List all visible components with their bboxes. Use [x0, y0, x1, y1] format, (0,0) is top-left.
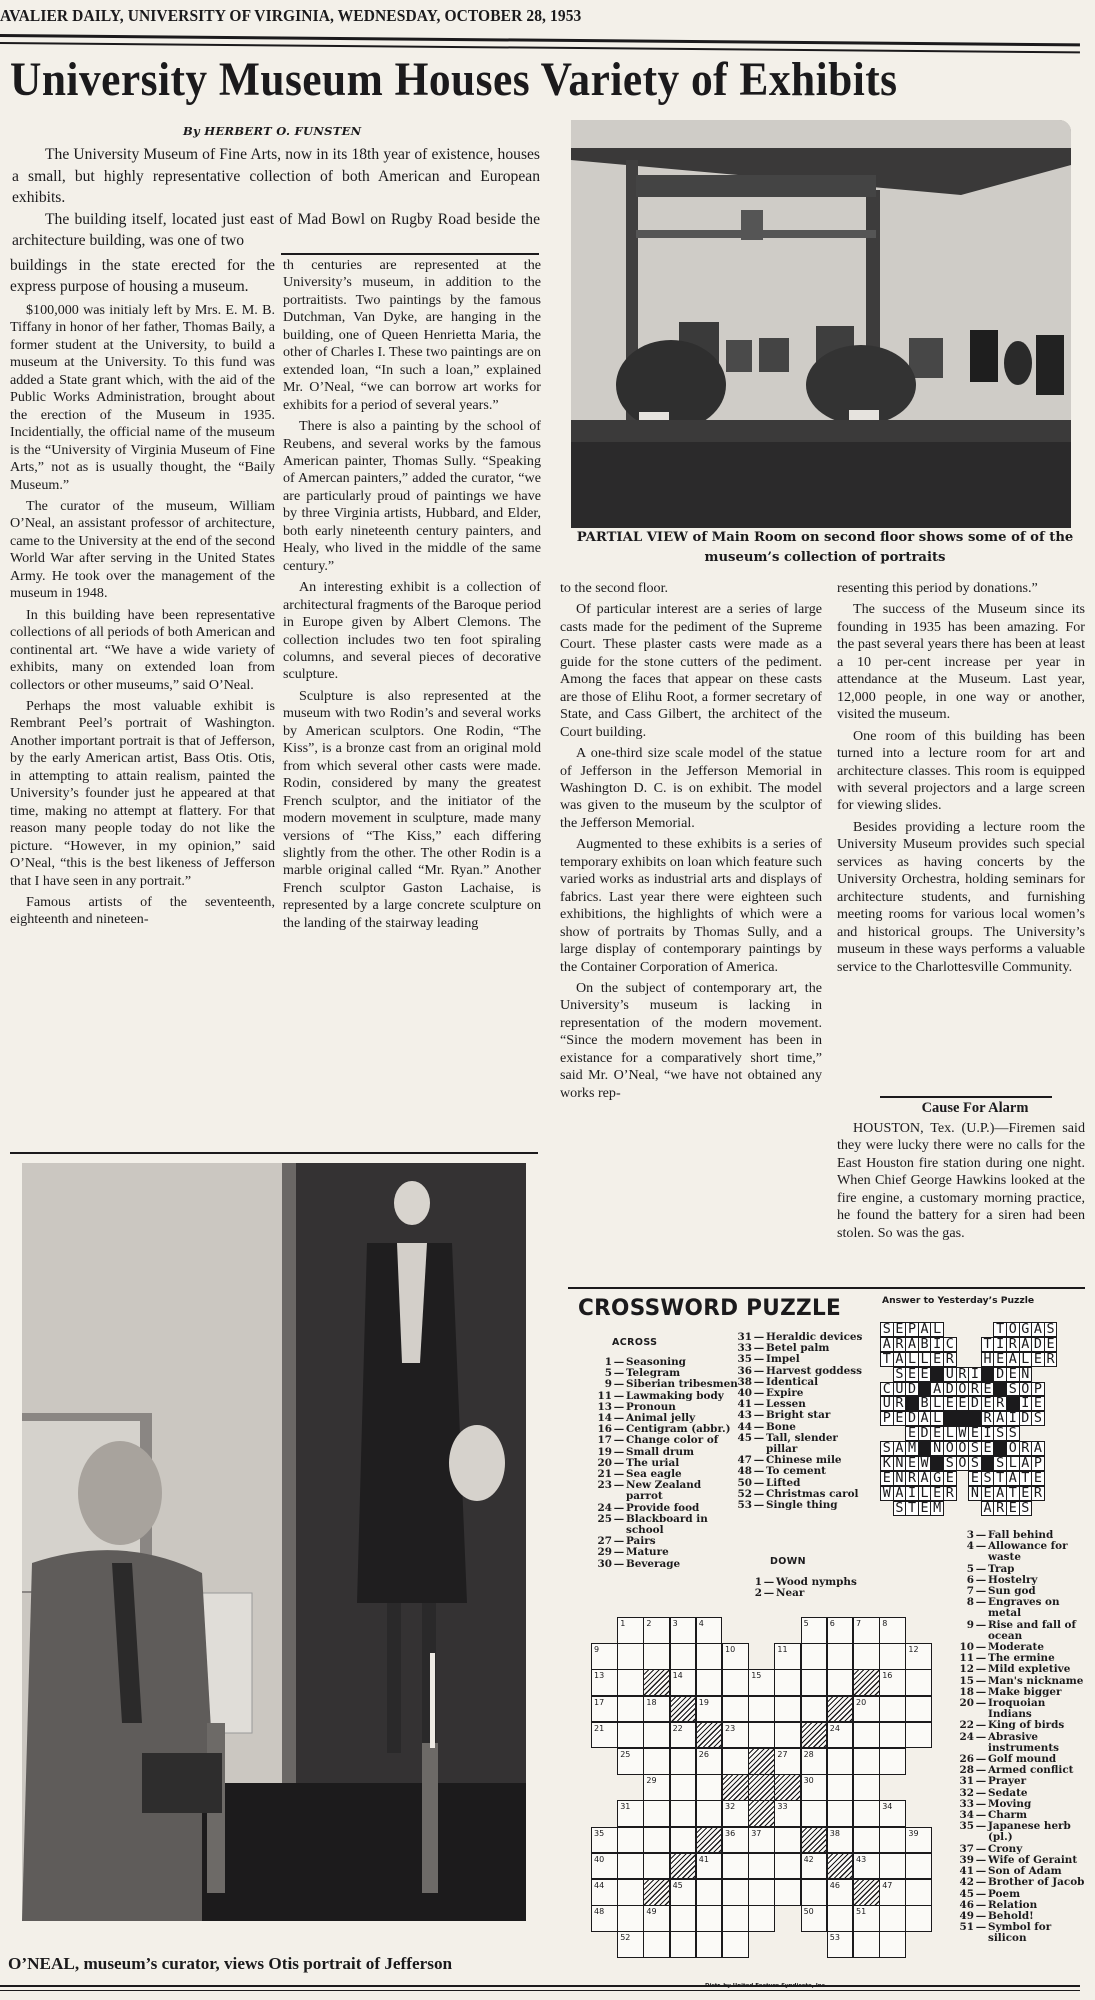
crossword-cell[interactable]: 24 [827, 1722, 854, 1749]
crossword-cell[interactable]: 33 [774, 1800, 801, 1827]
crossword-cell[interactable] [696, 1643, 723, 1670]
crossword-cell[interactable]: 6 [827, 1617, 854, 1644]
crossword-cell[interactable]: 20 [853, 1696, 880, 1723]
clue-dash: — [752, 1466, 766, 1477]
answer-title: Answer to Yesterday’s Puzzle [882, 1295, 1034, 1306]
crossword-cell[interactable] [853, 1800, 880, 1827]
crossword-cell[interactable] [774, 1879, 801, 1906]
crossword-cell[interactable] [670, 1800, 697, 1827]
answer-row: ENRAGEESTATE [880, 1471, 1085, 1486]
crossword-clue: 17—Change color of [588, 1435, 738, 1446]
answer-cell: E [943, 1396, 957, 1411]
crossword-cell[interactable] [853, 1748, 880, 1775]
crossword-cell[interactable]: 17 [591, 1696, 618, 1723]
crossword-cell[interactable]: 29 [643, 1774, 670, 1801]
crossword-cell[interactable] [617, 1696, 644, 1723]
crossword-cell[interactable]: 26 [696, 1748, 723, 1775]
clue-number: 12 [950, 1664, 974, 1675]
crossword-clue: 20—Iroquoian Indians [950, 1698, 1090, 1720]
crossword-cell[interactable] [670, 1643, 697, 1670]
answer-cell: K [880, 1456, 894, 1471]
paragraph: Augmented to these exhibits is a series … [560, 836, 822, 976]
answer-cell: R [981, 1411, 995, 1426]
crossword-cell[interactable]: 51 [853, 1905, 880, 1932]
answer-cell: M [905, 1441, 919, 1456]
answer-cell: S [993, 1456, 1007, 1471]
answer-cell: R [956, 1367, 970, 1382]
clue-dash: — [974, 1698, 988, 1720]
answer-cell: R [1019, 1441, 1033, 1456]
answer-cell: I [993, 1337, 1007, 1352]
crossword-cell[interactable] [801, 1669, 828, 1696]
crossword-cell[interactable] [722, 1853, 749, 1880]
answer-cell: L [930, 1396, 944, 1411]
crossword-cell[interactable]: 37 [748, 1827, 775, 1854]
answer-cell: E [943, 1471, 957, 1486]
clue-text: Change color of [626, 1435, 738, 1446]
answer-cell: S [1019, 1501, 1033, 1516]
answer-row: URBLEEDERIE [880, 1396, 1085, 1411]
answer-cell: E [981, 1382, 995, 1397]
crossword-cell[interactable]: 18 [643, 1696, 670, 1723]
answer-cell: E [905, 1456, 919, 1471]
crossword-cell[interactable] [774, 1827, 801, 1854]
down-clues-col-1: 1—Wood nymphs2—Near [738, 1577, 878, 1599]
crossword-clue: 45—Tall, slender pillar [728, 1433, 868, 1455]
brief-body: HOUSTON, Tex. (U.P.)—Firemen said they w… [837, 1120, 1085, 1242]
crossword-cell[interactable] [617, 1853, 644, 1880]
answer-row: CUDADORESOP [880, 1382, 1085, 1397]
crossword-cell[interactable] [905, 1722, 932, 1749]
clue-text: Impel [766, 1354, 868, 1365]
clue-text: Single thing [766, 1500, 868, 1511]
clue-dash: — [612, 1379, 626, 1390]
crossword-cell[interactable] [774, 1722, 801, 1749]
crossword-cell[interactable]: 34 [879, 1800, 906, 1827]
answer-cell: D [918, 1426, 932, 1441]
crossword-cell[interactable]: 38 [827, 1827, 854, 1854]
answer-cell: E [968, 1426, 982, 1441]
answer-cell: E [918, 1501, 932, 1516]
answer-cell: H [981, 1352, 995, 1367]
crossword-cell[interactable]: 31 [617, 1800, 644, 1827]
crossword-cell[interactable] [853, 1643, 880, 1670]
lede-paragraph: The University Museum of Fine Arts, now … [12, 144, 540, 209]
paragraph: A one-third size scale model of the stat… [560, 745, 822, 832]
crossword-cell[interactable]: 32 [722, 1800, 749, 1827]
crossword-cell[interactable] [617, 1879, 644, 1906]
crossword-cell[interactable]: 12 [905, 1643, 932, 1670]
crossword-cell[interactable] [696, 1931, 723, 1958]
crossword-cell[interactable]: 14 [670, 1669, 697, 1696]
crossword-blocked-cell [748, 1800, 775, 1827]
crossword-cell[interactable] [670, 1748, 697, 1775]
crossword-cell[interactable] [696, 1800, 723, 1827]
crossword-cell[interactable] [643, 1800, 670, 1827]
crossword-cell[interactable]: 13 [591, 1669, 618, 1696]
crossword-cell[interactable]: 25 [617, 1748, 644, 1775]
answer-cell: G [1019, 1322, 1033, 1337]
answer-cell: L [905, 1352, 919, 1367]
crossword-cell[interactable] [827, 1748, 854, 1775]
crossword-cell[interactable] [905, 1853, 932, 1880]
footer-rule [0, 1985, 1080, 1987]
crossword-cell[interactable] [617, 1905, 644, 1932]
paragraph: resenting this period by donations.” [837, 580, 1085, 597]
crossword-cell[interactable] [853, 1931, 880, 1958]
answer-row: EDELWEISS [880, 1426, 1085, 1441]
crossword-cell[interactable]: 48 [591, 1905, 618, 1932]
answer-cell: N [893, 1456, 907, 1471]
crossword-cell[interactable] [696, 1879, 723, 1906]
clue-number: 17 [588, 1435, 612, 1446]
crossword-cell[interactable] [643, 1748, 670, 1775]
clue-text: Rise and fall of ocean [988, 1620, 1090, 1642]
crossword-cell[interactable]: 23 [722, 1722, 749, 1749]
answer-cell: P [880, 1411, 894, 1426]
answer-cell: A [930, 1382, 944, 1397]
crossword-cell[interactable] [801, 1696, 828, 1723]
crossword-cell[interactable]: 8 [879, 1617, 906, 1644]
clue-dash: — [974, 1776, 988, 1787]
crossword-blocked-cell [722, 1774, 749, 1801]
crossword-cell[interactable] [670, 1827, 697, 1854]
crossword-cell[interactable] [617, 1669, 644, 1696]
crossword-cell[interactable] [617, 1722, 644, 1749]
answer-cell: E [968, 1471, 982, 1486]
clue-dash: — [752, 1354, 766, 1365]
answer-cell: W [880, 1486, 894, 1501]
crossword-cell[interactable]: 3 [670, 1617, 697, 1644]
answer-cell: R [943, 1486, 957, 1501]
crossword-cell[interactable]: 4 [696, 1617, 723, 1644]
paragraph: to the second floor. [560, 580, 822, 597]
clue-dash: — [974, 1732, 988, 1754]
crossword-cell[interactable] [643, 1931, 670, 1958]
crossword-cell[interactable] [748, 1696, 775, 1723]
crossword-cell[interactable]: 27 [774, 1748, 801, 1775]
crossword-cell[interactable]: 46 [827, 1879, 854, 1906]
crossword-cell[interactable]: 42 [801, 1853, 828, 1880]
crossword-cell[interactable] [774, 1669, 801, 1696]
crossword-cell[interactable]: 19 [696, 1696, 723, 1723]
crossword-cell[interactable] [853, 1774, 880, 1801]
clue-dash: — [974, 1597, 988, 1619]
paragraph: The curator of the museum, William O’Nea… [10, 498, 275, 603]
crossword-cell[interactable] [696, 1669, 723, 1696]
answer-cell: R [993, 1501, 1007, 1516]
crossword-cell[interactable] [748, 1853, 775, 1880]
crossword-cell[interactable] [722, 1669, 749, 1696]
article-column-2: th centuries are represented at the Univ… [283, 257, 541, 936]
crossword-cell[interactable] [827, 1905, 854, 1932]
crossword-blocked-cell [696, 1827, 723, 1854]
crossword-cell[interactable] [905, 1905, 932, 1932]
clue-number: 43 [728, 1410, 752, 1421]
crossword-cell[interactable] [853, 1827, 880, 1854]
answer-cell: D [968, 1396, 982, 1411]
crossword-clue: 35—Impel [728, 1354, 868, 1365]
crossword-cell[interactable]: 40 [591, 1853, 618, 1880]
answer-cell: G [930, 1471, 944, 1486]
answer-cell: R [968, 1382, 982, 1397]
crossword-clue: 25—Blackboard in school [588, 1514, 738, 1536]
photo-main-room-caption: PARTIAL VIEW of Main Room on second floo… [560, 528, 1090, 568]
answer-cell: S [880, 1441, 894, 1456]
answer-cell [968, 1411, 982, 1426]
crossword-clue: 48—To cement [728, 1466, 868, 1477]
answer-cell: E [930, 1426, 944, 1441]
crossword-cell[interactable]: 16 [879, 1669, 906, 1696]
crossword-cell[interactable] [748, 1722, 775, 1749]
answer-cell: R [1006, 1337, 1020, 1352]
clue-text: Blackboard in school [626, 1514, 738, 1536]
crossword-cell[interactable]: 49 [643, 1905, 670, 1932]
answer-cell: T [1006, 1486, 1020, 1501]
answer-cell: A [1006, 1471, 1020, 1486]
crossword-cell[interactable] [827, 1800, 854, 1827]
down-clues-col-2: 3—Fall behind4—Allowance for waste5—Trap… [950, 1530, 1090, 1945]
answer-cell [1019, 1426, 1033, 1441]
clue-number: 51 [950, 1922, 974, 1944]
crossword-cell[interactable] [827, 1774, 854, 1801]
crossword-clue: 2—Near [738, 1588, 878, 1599]
crossword-cell[interactable] [801, 1643, 828, 1670]
crossword-cell[interactable] [643, 1643, 670, 1670]
crossword-cell[interactable]: 47 [879, 1879, 906, 1906]
answer-cell [880, 1501, 894, 1516]
crossword-cell[interactable]: 52 [617, 1931, 644, 1958]
crossword-cell[interactable] [748, 1905, 775, 1932]
answer-row: WAILERNEATER [880, 1486, 1085, 1501]
crossword-cell[interactable] [905, 1879, 932, 1906]
clue-text: Mild expletive [988, 1664, 1090, 1675]
crossword-cell[interactable]: 11 [774, 1643, 801, 1670]
crossword-blocked-cell [853, 1879, 880, 1906]
answer-cell [993, 1441, 1007, 1456]
crossword-cell[interactable] [905, 1696, 932, 1723]
answer-cell: A [1006, 1352, 1020, 1367]
crossword-cell[interactable] [722, 1905, 749, 1932]
clue-dash: — [762, 1588, 776, 1599]
crossword-cell[interactable] [617, 1827, 644, 1854]
crossword-cell[interactable] [879, 1905, 906, 1932]
crossword-cell[interactable]: 44 [591, 1879, 618, 1906]
crossword-cell[interactable]: 21 [591, 1722, 618, 1749]
lede-paragraph: The building itself, located just east o… [12, 209, 540, 252]
answer-cell: W [956, 1426, 970, 1441]
answer-cell: L [943, 1426, 957, 1441]
crossword-blocked-cell [827, 1696, 854, 1723]
answer-cell: L [930, 1411, 944, 1426]
clue-number: 22 [950, 1720, 974, 1731]
crossword-cell[interactable] [643, 1827, 670, 1854]
paragraph: On the subject of contemporary art, the … [560, 980, 822, 1102]
answer-cell [880, 1426, 894, 1441]
article-column-1: buildings in the state erected for the e… [10, 256, 275, 933]
answer-cell: A [981, 1501, 995, 1516]
crossword-cell[interactable] [827, 1669, 854, 1696]
crossword-cell[interactable]: 36 [722, 1827, 749, 1854]
crossword-cell[interactable] [722, 1879, 749, 1906]
answer-cell [943, 1501, 957, 1516]
clue-dash: — [612, 1435, 626, 1446]
answer-cell [956, 1501, 970, 1516]
crossword-cell[interactable]: 53 [827, 1931, 854, 1958]
answer-cell: A [1031, 1441, 1045, 1456]
crossword-cell[interactable] [879, 1748, 906, 1775]
answer-cell: N [893, 1471, 907, 1486]
answer-cell: E [981, 1441, 995, 1456]
crossword-cell[interactable]: 35 [591, 1827, 618, 1854]
clue-dash: — [974, 1922, 988, 1944]
answer-cell [956, 1337, 970, 1352]
crossword-blocked-cell [748, 1748, 775, 1775]
crossword-cell[interactable]: 28 [801, 1748, 828, 1775]
answer-row: ARABICTIRADE [880, 1337, 1085, 1352]
crossword-cell[interactable] [643, 1853, 670, 1880]
crossword-blocked-cell [801, 1722, 828, 1749]
answer-cell: O [956, 1456, 970, 1471]
folio-line: AVALIER DAILY, UNIVERSITY OF VIRGINIA, W… [0, 6, 1029, 26]
crossword-cell[interactable] [670, 1931, 697, 1958]
crossword-cell[interactable]: 15 [748, 1669, 775, 1696]
answer-cell: E [930, 1352, 944, 1367]
crossword-cell[interactable]: 22 [670, 1722, 697, 1749]
crossword-cell[interactable]: 50 [801, 1905, 828, 1932]
answer-cell: D [993, 1367, 1007, 1382]
clue-text: Japanese herb (pl.) [988, 1821, 1090, 1843]
crossword-cell[interactable] [879, 1722, 906, 1749]
crossword-cell[interactable] [722, 1696, 749, 1723]
crossword-cell[interactable] [696, 1774, 723, 1801]
paragraph: Famous artists of the seventeenth, eight… [10, 894, 275, 929]
answer-cell [1006, 1396, 1020, 1411]
crossword-cell[interactable]: 10 [722, 1643, 749, 1670]
crossword-cell[interactable] [774, 1853, 801, 1880]
crossword-cell[interactable] [879, 1696, 906, 1723]
clue-number: 48 [728, 1466, 752, 1477]
crossword-title: CROSSWORD PUZZLE [578, 1295, 841, 1321]
clue-text: Siberian tribesmen [626, 1379, 738, 1390]
clue-number: 20 [950, 1698, 974, 1720]
answer-cell: N [1019, 1367, 1033, 1382]
crossword-clue: 23—New Zealand parrot [588, 1480, 738, 1502]
crossword-cell[interactable] [643, 1722, 670, 1749]
answer-cell: S [893, 1367, 907, 1382]
crossword-cell[interactable]: 5 [801, 1617, 828, 1644]
crossword-cell[interactable]: 2 [643, 1617, 670, 1644]
clue-number: 25 [588, 1514, 612, 1536]
answer-cell: E [1031, 1352, 1045, 1367]
crossword-cell[interactable]: 43 [853, 1853, 880, 1880]
crossword-cell[interactable] [801, 1879, 828, 1906]
crossword-cell[interactable] [774, 1696, 801, 1723]
crossword-cell[interactable] [801, 1800, 828, 1827]
photo-oneal-caption: O’NEAL, museum’s curator, views Otis por… [8, 1954, 452, 1974]
crossword-cell[interactable]: 9 [591, 1643, 618, 1670]
crossword-cell[interactable] [879, 1931, 906, 1958]
crossword-cell[interactable]: 45 [670, 1879, 697, 1906]
answer-cell [956, 1352, 970, 1367]
crossword-cell[interactable] [748, 1879, 775, 1906]
answer-cell [993, 1382, 1007, 1397]
crossword-clue: 8—Engraves on metal [950, 1597, 1090, 1619]
crossword-cell[interactable] [827, 1643, 854, 1670]
crossword-cell[interactable] [853, 1722, 880, 1749]
clue-text: Prayer [988, 1776, 1090, 1787]
column-rule [281, 253, 539, 255]
answer-cell: O [1006, 1441, 1020, 1456]
crossword-cell[interactable]: 30 [801, 1774, 828, 1801]
answer-cell: R [993, 1396, 1007, 1411]
clue-number: 42 [950, 1877, 974, 1888]
across-heading: ACROSS [612, 1337, 657, 1348]
paragraph: There is also a painting by the school o… [283, 418, 541, 575]
answer-cell [981, 1456, 995, 1471]
answer-cell: E [1006, 1367, 1020, 1382]
answer-cell [968, 1352, 982, 1367]
answer-cell: A [1019, 1456, 1033, 1471]
crossword-cell[interactable] [879, 1827, 906, 1854]
answer-cell: E [1044, 1337, 1058, 1352]
answer-cell: D [1019, 1411, 1033, 1426]
answer-cell: R [893, 1337, 907, 1352]
crossword-cell[interactable] [879, 1853, 906, 1880]
clue-text: Bright star [766, 1410, 868, 1421]
answer-cell: E [893, 1322, 907, 1337]
answer-cell: S [1044, 1322, 1058, 1337]
answer-cell: A [1031, 1322, 1045, 1337]
answer-cell: T [1019, 1471, 1033, 1486]
answer-cell: C [880, 1382, 894, 1397]
crossword-rule [568, 1287, 1085, 1289]
crossword-cell[interactable]: 41 [696, 1853, 723, 1880]
answer-cell: E [981, 1486, 995, 1501]
crossword-cell[interactable] [670, 1774, 697, 1801]
answer-cell: T [981, 1337, 995, 1352]
clue-number: 9 [588, 1379, 612, 1390]
answer-cell: L [918, 1486, 932, 1501]
crossword-cell[interactable]: 7 [853, 1617, 880, 1644]
crossword-cell[interactable] [722, 1748, 749, 1775]
crossword-cell[interactable] [879, 1643, 906, 1670]
answer-cell: E [905, 1426, 919, 1441]
crossword-cell[interactable] [670, 1905, 697, 1932]
answer-cell: S [943, 1456, 957, 1471]
answer-cell: A [893, 1352, 907, 1367]
crossword-cell[interactable] [722, 1931, 749, 1958]
crossword-cell[interactable] [905, 1669, 932, 1696]
crossword-cell[interactable]: 39 [905, 1827, 932, 1854]
crossword-cell[interactable] [617, 1643, 644, 1670]
clue-text: Allowance for waste [988, 1541, 1090, 1563]
crossword-cell[interactable] [696, 1905, 723, 1932]
crossword-cell[interactable]: 1 [617, 1617, 644, 1644]
answer-cell: N [968, 1486, 982, 1501]
clue-dash: — [612, 1514, 626, 1536]
answer-cell: I [1006, 1411, 1020, 1426]
answer-cell [918, 1382, 932, 1397]
paragraph: The success of the Museum since its foun… [837, 601, 1085, 723]
answer-row: SAMNOOSEORA [880, 1441, 1085, 1456]
answer-cell [968, 1501, 982, 1516]
article-column-3: to the second floor. Of particular inter… [560, 580, 822, 1106]
answer-cell: R [893, 1396, 907, 1411]
answer-cell: A [880, 1337, 894, 1352]
answer-cell: M [930, 1501, 944, 1516]
answer-cell: O [1019, 1382, 1033, 1397]
